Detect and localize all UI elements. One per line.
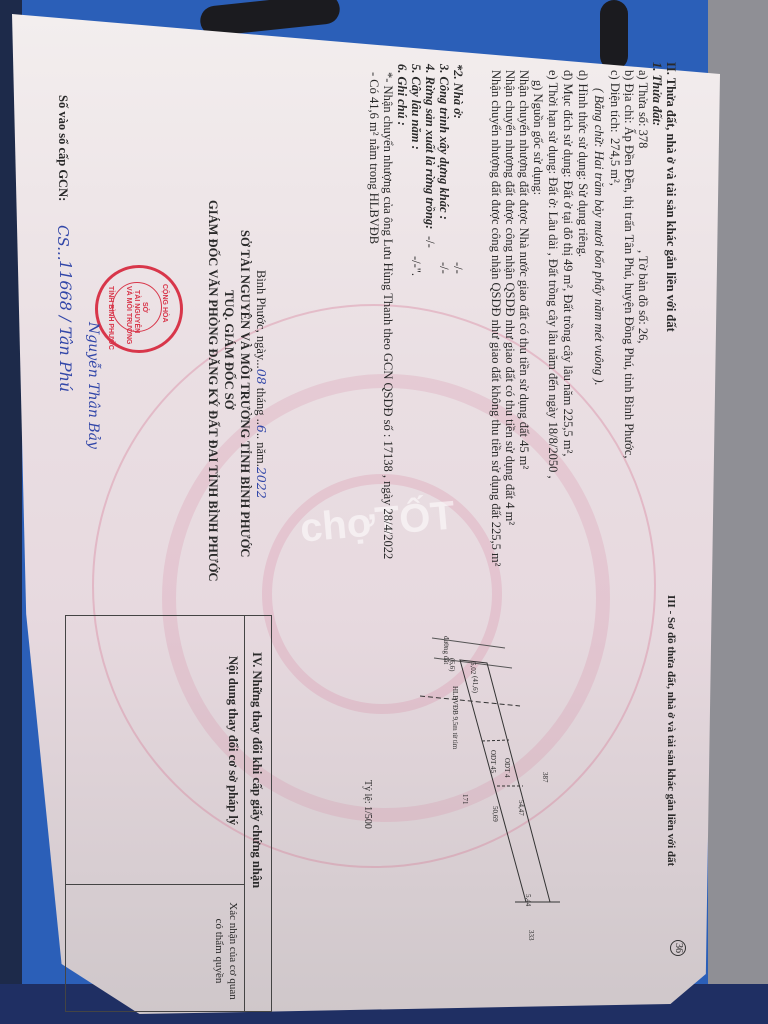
signer-name: Nguyễn Thân Bảy xyxy=(86,322,100,449)
corridor-label: HLBVĐB 9,5m từ tim xyxy=(448,686,462,749)
table-divider xyxy=(244,616,245,1011)
parcel-sketch xyxy=(420,630,560,950)
house-value: -/- xyxy=(451,262,465,274)
day: 08 xyxy=(254,369,269,385)
other-works-label: 3. Công trình xây dựng khác : xyxy=(437,64,451,220)
origin-heading: g) Nguồn gốc sử dụng: xyxy=(531,80,545,195)
month-prefix: tháng .. xyxy=(254,388,268,425)
origin-line: Nhận chuyển nhượng đất được Nhà nước gia… xyxy=(517,70,531,469)
forest-value: -/- xyxy=(423,236,437,248)
table-header-content: Nội dung thay đổi cơ sở pháp lý xyxy=(226,656,240,825)
stamp-text: SỞ xyxy=(141,302,148,313)
area-value: 274,5 m², xyxy=(608,138,622,186)
parcel-heading: 1. Thửa đất: xyxy=(650,62,664,126)
origin-line: Nhận chuyển nhượng đất được công nhận QS… xyxy=(489,70,503,566)
zone-label: ODT 45 xyxy=(486,750,500,773)
registry-value: 11668 / Tân Phú xyxy=(58,260,72,392)
dimension-label: 5,02 xyxy=(466,662,480,674)
address: b) Địa chỉ: Ấp Đền Đền, thị trấn Tân Phú… xyxy=(622,70,636,458)
dimension-label: 54,47 xyxy=(514,800,528,816)
registry-prefix: CS... xyxy=(56,225,70,261)
department: SỞ TÀI NGUYÊN VÀ MÔI TRƯỜNG TỈNH BÌNH PH… xyxy=(238,230,252,557)
table-divider xyxy=(66,884,244,885)
usage-form: d) Hình thức sử dụng: Sử dụng riêng. xyxy=(576,70,590,257)
on-behalf: TUQ. GIÁM ĐỐC SỞ xyxy=(222,290,236,409)
parcel-number: a) Thửa số: 378 xyxy=(636,70,650,148)
changes-table: IV. Những thay đổi khi cấp giấy chứng nh… xyxy=(65,615,272,1012)
section3-title: III - Sơ đồ thửa đất, nhà ở và tài sản k… xyxy=(664,595,678,866)
note-line: - Có 41,6 m² nằm trong HLBVĐB xyxy=(367,72,381,244)
perennial-value: -/-". xyxy=(409,256,423,276)
stamp-text: TÀI NGUYÊN xyxy=(133,290,140,333)
stamp-text: VÀ MÔI TRƯỜNG xyxy=(125,286,132,344)
stamp-text: TỈNH BÌNH PHƯỚC xyxy=(107,286,114,350)
map-sheet: , Tờ bản đồ số: 26, xyxy=(636,250,650,344)
official-stamp: CỘNG HÒA SỞ TÀI NGUYÊN VÀ MÔI TRƯỜNG TỈN… xyxy=(95,265,183,353)
place-date-prefix: Bình Phước, ngày... xyxy=(254,270,268,369)
area-label: c) Diện tích: xyxy=(608,70,622,132)
director-title: GIÁM ĐỐC VĂN PHÒNG ĐĂNG KÝ ĐẤT ĐAI TỈNH … xyxy=(206,200,220,582)
neighbor-parcel: 387 xyxy=(538,772,552,783)
perennial-label: 5. Cây lâu năm : xyxy=(409,64,423,150)
note-line: *- Nhận chuyển nhượng của ông Lưu Hùng T… xyxy=(381,72,395,559)
table-header-confirmation: Xác nhận của cơ quan có thẩm quyền xyxy=(212,896,240,1006)
forest-label: 4. Rừng sản xuất là rừng trồng: xyxy=(423,64,437,229)
road-width: (6,6) xyxy=(445,658,459,671)
dimension-label: (41,6) xyxy=(468,676,482,693)
parcel-diagram: đường đất (6,6) 5,02 (41,6) HLBVĐB 9,5m … xyxy=(420,630,560,950)
usage-purpose: đ) Mục đích sử dụng: Đất ở tại đô thị 49… xyxy=(561,70,575,456)
notes-heading: 6. Ghi chú : xyxy=(395,64,409,126)
origin-line: Nhận chuyển nhượng đất được công nhận QS… xyxy=(503,70,517,525)
place-date: Bình Phước, ngày...08 tháng ..6.. năm.20… xyxy=(254,270,268,499)
year: 2022 xyxy=(254,467,269,499)
cable xyxy=(600,0,628,70)
scale-label: Tỷ lệ: 1/500 xyxy=(360,780,374,829)
year-prefix: .. năm. xyxy=(254,433,268,467)
dimension-label: 50,69 xyxy=(488,806,502,822)
dimension-label: 5,44 xyxy=(521,894,535,906)
month: 6 xyxy=(254,425,269,433)
zone-label: ODT 4 xyxy=(500,758,514,778)
page-number-mark: 36 xyxy=(670,940,686,956)
section2-title: II. Thửa đất, nhà ở và tài sản khác gắn … xyxy=(664,62,678,332)
house-label: *2. Nhà ở: xyxy=(451,64,465,119)
section4-title: IV. Những thay đổi khi cấp giấy chứng nh… xyxy=(250,652,264,888)
neighbor-parcel: 171 xyxy=(458,794,472,805)
stamp-text: CỘNG HÒA xyxy=(161,284,168,323)
registry-label: Số vào sổ cấp GCN: xyxy=(56,95,70,201)
usage-term: e) Thời hạn sử dụng: Đất ở: Lâu dài , Đấ… xyxy=(546,70,560,479)
neighbor-parcel: 333 xyxy=(524,930,538,941)
other-works-value: -/- xyxy=(437,262,451,274)
area-in-words: ( Bằng chữ: Hai trăm bảy mươi bốn phẩy n… xyxy=(592,88,606,386)
